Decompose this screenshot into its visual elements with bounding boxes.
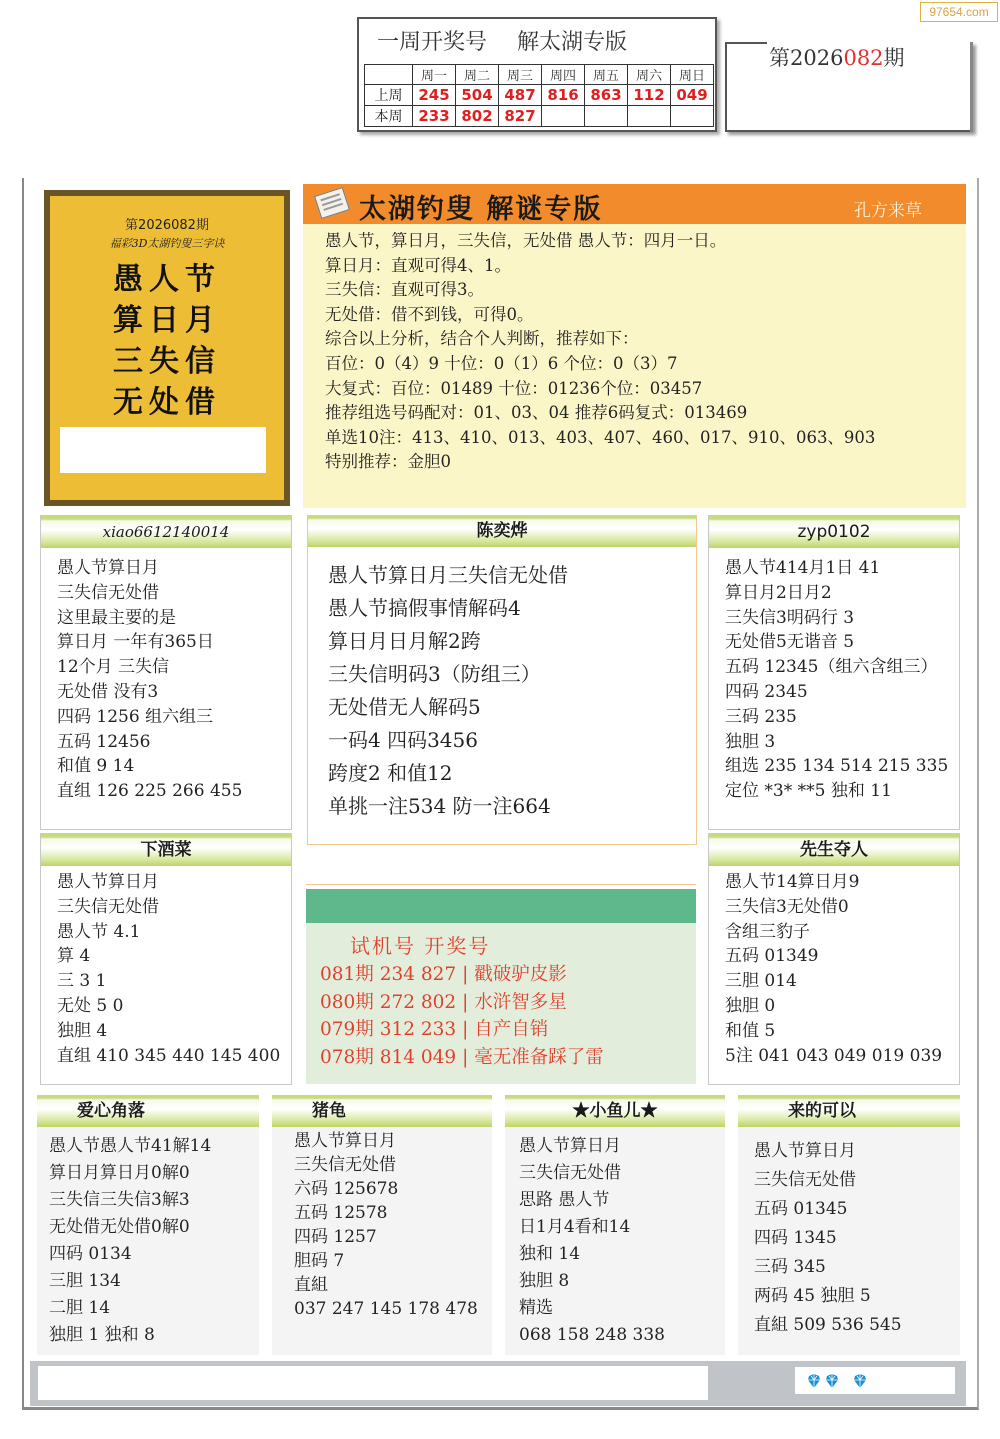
panel-line: 愚人节搞假事情解码4 [328,592,696,625]
expert-panel-xiajiucai: 下酒菜 愚人节算日月 三失信无处借 愚人节 4.1 算 4 三 3 1 无处 5… [40,833,292,1085]
panel-line: 三失信无处借 [294,1153,492,1177]
analysis-line: 综合以上分析，结合个人判断，推荐如下： [325,327,966,352]
analysis-line: 无处借：借不到钱，可得0。 [325,303,966,328]
panel-line: 算 4 [57,944,291,969]
panel-line: 精选 [519,1295,725,1322]
riddle-analysis-panel: 太湖钓叟 解谜专版 孔方来草 愚人节，算日月，三失信，无处借 愚人节：四月一日。… [303,184,966,508]
riddle-author: 孔方来草 [854,196,922,221]
draw-number: 112 [628,85,671,106]
panel-line: 含组三豹子 [725,920,959,945]
panel-line: 一码4 四码3456 [328,724,696,757]
analysis-line: 百位：0（4）9 十位：0（1）6 个位：0（3）7 [325,352,966,377]
panel-line: 无处借5无谐音 5 [725,630,959,655]
panel-title: 爱心角落 [37,1095,259,1127]
weekly-draws-box: 一周开奖号解太湖专版 周一 周二 周三 周四 周五 周六 周日 上周 245 5… [357,17,717,132]
panel-line: 独胆 0 [725,994,959,1019]
day-header: 周六 [628,65,671,85]
divider [970,42,973,132]
draw-number [585,106,628,127]
panel-line: 两码 45 独胆 5 [754,1282,960,1311]
panel-line: 愚人节算日月 [294,1129,492,1153]
weekly-draws-table: 周一 周二 周三 周四 周五 周六 周日 上周 245 504 487 816 … [364,64,714,127]
panel-line: 五码 01349 [725,944,959,969]
panel-line: 五码 12456 [57,730,291,755]
panel-line: 三失信无处借 [754,1166,960,1195]
panel-line: 定位 *3* **5 独和 11 [725,779,959,804]
analysis-line: 特别推荐：金胆0 [325,450,966,475]
draw-row: 080期 272 802 | 水浒智多星 [320,989,696,1017]
draws-header-bar [306,889,696,923]
day-header: 周五 [585,65,628,85]
analysis-line: 愚人节，算日月，三失信，无处借 愚人节：四月一日。 [325,229,966,254]
panel-line: 和值 5 [725,1019,959,1044]
panel-line: 三胆 014 [725,969,959,994]
diamond-icon [853,1373,867,1389]
panel-line: 直组 126 225 266 455 [57,779,291,804]
draw-number: 802 [456,106,499,127]
expert-panel-huigui: 猪龟 愚人节算日月 三失信无处借 六码 125678 五码 12578 四码 1… [272,1095,492,1355]
divider [727,42,767,44]
panel-title: zyp0102 [709,516,959,548]
panel-line: 单挑一注534 防一注664 [328,790,696,823]
panel-title: 下酒菜 [41,834,291,866]
panel-line: 独和 14 [519,1241,725,1268]
panel-line: 四码 1345 [754,1224,960,1253]
card-issue: 第2026082期 [50,214,284,233]
analysis-line: 大复式：百位：01489 十位：01236个位：03457 [325,377,966,402]
panel-line: 算日月日月解2跨 [328,625,696,658]
panel-line: 直組 509 536 545 [754,1311,960,1340]
blank-panel [60,427,266,473]
panel-line: 独胆 8 [519,1268,725,1295]
draw-number: 233 [413,106,456,127]
panel-line: 12个月 三失信 [57,655,291,680]
riddle-line: 愚人节 [50,259,284,300]
panel-line: 直组 410 345 440 145 400 [57,1044,291,1069]
panel-title: 先生夺人 [709,834,959,866]
panel-line: 六码 125678 [294,1177,492,1201]
draw-row: 081期 234 827 | 戳破驴皮影 [320,961,696,989]
panel-line: 四码 0134 [49,1241,259,1268]
issue-box: 第2026082期 [725,42,973,132]
panel-line: 这里最主要的是 [57,606,291,631]
panel-line: 胆码 7 [294,1249,492,1273]
panel-line: 和值 9 14 [57,754,291,779]
draw-number [542,106,585,127]
panel-line: 独胆 1 独和 8 [49,1322,259,1349]
newspaper-icon [314,187,350,219]
footer-bar [30,1361,966,1406]
table-row: 上周 245 504 487 816 863 112 049 [365,85,714,106]
panel-line: 二胆 14 [49,1295,259,1322]
panel-line: 思路 愚人节 [519,1187,725,1214]
riddle-header: 太湖钓叟 解谜专版 孔方来草 [303,184,966,224]
panel-line: 愚人节算日月 [57,870,291,895]
expert-panel-xiao: xiao6612140014 愚人节算日月 三失信无处借 这里最主要的是 算日月… [40,515,292,830]
draw-number: 504 [456,85,499,106]
panel-line: 独胆 3 [725,730,959,755]
panel-line: 三失信无处借 [57,895,291,920]
weekly-title-right: 解太湖专版 [517,30,627,55]
expert-panel-aixin: 爱心角落 愚人节愚人节41解14 算日月算日月0解0 三失信三失信3解3 无处借… [37,1095,259,1355]
draw-number: 049 [671,85,714,106]
riddle-title: 太湖钓叟 解谜专版 [359,187,602,226]
panel-line: 三码 235 [725,705,959,730]
riddle-line: 无处借 [50,382,284,423]
draw-number [628,106,671,127]
panel-line: 三失信三失信3解3 [49,1187,259,1214]
panel-line: 算日月算日月0解0 [49,1160,259,1187]
panel-line: 愚人节算日月 [57,556,291,581]
day-header: 周日 [671,65,714,85]
panel-line: 算日月 一年有365日 [57,630,291,655]
panel-line: 组选 235 134 514 215 335 [725,754,959,779]
panel-line: 无处 5 0 [57,994,291,1019]
footer-blank [38,1366,708,1400]
expert-panel-xiansheng: 先生夺人 愚人节14算日月9 三失信3无处借0 含组三豹子 五码 01349 三… [708,833,960,1085]
analysis-line: 算日月：直观可得4、1。 [325,254,966,279]
panel-line: 三码 345 [754,1253,960,1282]
divider [306,884,696,885]
weekly-title-left: 一周开奖号 [377,30,487,55]
panel-line: 跨度2 和值12 [328,757,696,790]
panel-title: xiao6612140014 [41,516,291,548]
panel-title: ★小鱼儿★ [505,1095,725,1127]
panel-line: 无处借无处借0解0 [49,1214,259,1241]
panel-line: 三失信3无处借0 [725,895,959,920]
panel-line: 无处借无人解码5 [328,691,696,724]
analysis-line: 三失信：直观可得3。 [325,278,966,303]
draw-row: 079期 312 233 | 自产自销 [320,1016,696,1044]
day-header: 周二 [456,65,499,85]
site-watermark[interactable]: 97654.com [920,2,998,22]
riddle-body: 愚人节，算日月，三失信，无处借 愚人节：四月一日。 算日月：直观可得4、1。 三… [303,224,966,475]
panel-line: 四码 1257 [294,1225,492,1249]
diamond-icon [825,1373,839,1389]
day-header: 周三 [499,65,542,85]
riddle-card: 第2026082期 福彩3D太湖钓叟三字诀 愚人节 算日月 三失信 无处借 [44,190,290,506]
row-label: 本周 [365,106,413,127]
panel-line: 愚人节算日月三失信无处借 [328,559,696,592]
corner-cell [365,65,413,85]
panel-title: 来的可以 [738,1095,960,1127]
panel-line: 068 158 248 338 [519,1322,725,1349]
draw-number: 827 [499,106,542,127]
panel-line: 无处借 没有3 [57,680,291,705]
panel-line: 三失信无处借 [57,581,291,606]
panel-line: 愚人节算日月 [519,1133,725,1160]
panel-title: 陈奕烨 [308,515,696,547]
diamond-icon [807,1373,821,1389]
panel-line: 三胆 134 [49,1268,259,1295]
day-header: 周四 [542,65,585,85]
draw-number: 487 [499,85,542,106]
panel-line: 愚人节 4.1 [57,920,291,945]
row-label: 上周 [365,85,413,106]
panel-line: 愚人节14算日月9 [725,870,959,895]
panel-line: 三失信无处借 [519,1160,725,1187]
analysis-line: 推荐组选号码配对：01、03、04 推荐6码复式：013469 [325,401,966,426]
panel-line: 五码 01345 [754,1195,960,1224]
expert-panel-zyp: zyp0102 愚人节414月1日 41 算日月2日月2 三失信3明码行 3 无… [708,515,960,830]
draw-number: 863 [585,85,628,106]
panel-line: 算日月2日月2 [725,581,959,606]
panel-line: 三失信3明码行 3 [725,606,959,631]
draws-header: 试机号 开奖号 [320,931,696,961]
panel-line: 037 247 145 178 478 [294,1297,492,1321]
panel-line: 直組 [294,1273,492,1297]
panel-line: 愚人节414月1日 41 [725,556,959,581]
expert-panel-chen: 陈奕烨 愚人节算日月三失信无处借 愚人节搞假事情解码4 算日月日月解2跨 三失信… [307,515,697,845]
panel-line: 愚人节算日月 [754,1137,960,1166]
panel-title: 猪龟 [272,1095,492,1127]
analysis-line: 单选10注：413、410、013、403、407、460、017、910、06… [325,426,966,451]
footer-rating [795,1367,955,1394]
panel-line: 5注 041 043 049 019 039 [725,1044,959,1069]
draw-number: 816 [542,85,585,106]
table-row: 本周 233 802 827 [365,106,714,127]
draw-number: 245 [413,85,456,106]
day-header: 周一 [413,65,456,85]
weekly-title: 一周开奖号解太湖专版 [359,19,715,67]
expert-panel-xiaoyuer: ★小鱼儿★ 愚人节算日月 三失信无处借 思路 愚人节 日1月4看和14 独和 1… [505,1095,725,1355]
issue-number: 第2026082期 [769,42,905,72]
panel-line: 四码 1256 组六组三 [57,705,291,730]
draw-number [671,106,714,127]
panel-line: 愚人节愚人节41解14 [49,1133,259,1160]
panel-line: 三 3 1 [57,969,291,994]
panel-line: 四码 2345 [725,680,959,705]
riddle-line: 三失信 [50,341,284,382]
panel-line: 五码 12578 [294,1201,492,1225]
panel-line: 独胆 4 [57,1019,291,1044]
panel-line: 三失信明码3（防组三） [328,658,696,691]
panel-line: 五码 12345（组六含组三） [725,655,959,680]
draw-row: 078期 814 049 | 毫无准备踩了雷 [320,1044,696,1072]
panel-line: 日1月4看和14 [519,1214,725,1241]
card-subtitle: 福彩3D太湖钓叟三字诀 [50,235,284,251]
riddle-line: 算日月 [50,300,284,341]
expert-panel-laide: 来的可以 愚人节算日月 三失信无处借 五码 01345 四码 1345 三码 3… [738,1095,960,1355]
recent-draws-panel: 试机号 开奖号 081期 234 827 | 戳破驴皮影 080期 272 80… [306,889,696,1084]
